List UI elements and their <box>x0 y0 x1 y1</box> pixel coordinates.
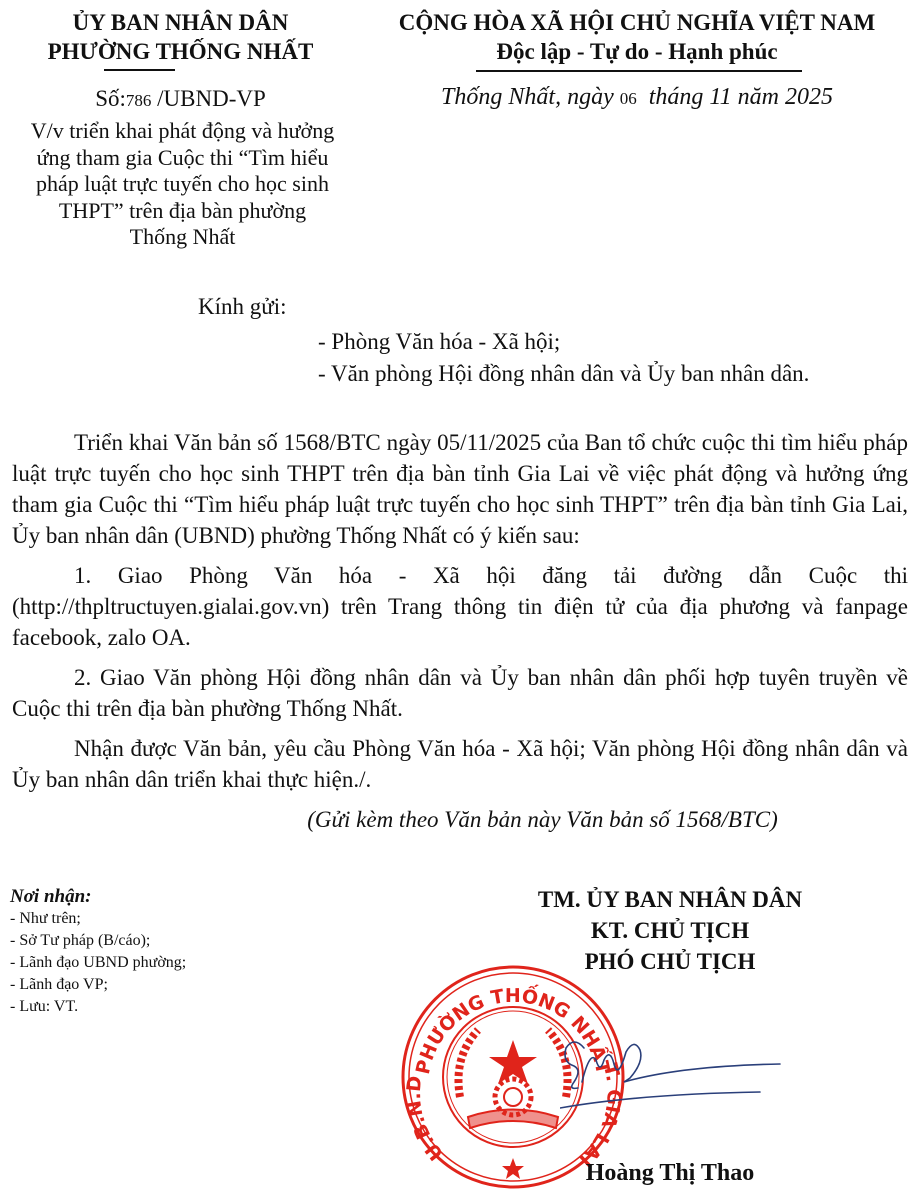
signature-title-2: KT. CHỦ TỊCH <box>490 915 850 946</box>
date-day: 06 <box>620 89 637 108</box>
document-number: Số:786 /UBND-VP <box>18 86 343 112</box>
handwritten-signature-icon <box>560 1030 800 1120</box>
subject-line: THPT” trên địa bàn phường <box>10 198 355 225</box>
addressee-item: - Văn phòng Hội đồng nhân dân và Ủy ban … <box>318 358 809 390</box>
motto-underline <box>476 70 802 72</box>
recipient-item: - Như trên; <box>10 908 186 930</box>
subject-line: Thống Nhất <box>10 224 355 251</box>
national-header: CỘNG HÒA XÃ HỘI CHỦ NGHĨA VIỆT NAM Độc l… <box>372 8 902 66</box>
issuer-line-2: PHƯỜNG THỐNG NHẤT <box>18 37 343 66</box>
recipient-item: - Lưu: VT. <box>10 996 186 1018</box>
national-title: CỘNG HÒA XÃ HỘI CHỦ NGHĨA VIỆT NAM <box>372 8 902 37</box>
document-number-label: Số: <box>95 86 126 111</box>
attachment-note: (Gửi kèm theo Văn bản này Văn bản số 156… <box>12 804 908 835</box>
signature-title-1: TM. ỦY BAN NHÂN DÂN <box>490 884 850 915</box>
national-motto: Độc lập - Tự do - Hạnh phúc <box>372 37 902 66</box>
subject-line: ứng tham gia Cuộc thi “Tìm hiểu <box>10 145 355 172</box>
subject-line: pháp luật trực tuyến cho học sinh <box>10 171 355 198</box>
body-paragraph-closing: Nhận được Văn bản, yêu cầu Phòng Văn hóa… <box>12 733 908 795</box>
document-date: Thống Nhất, ngày 06 tháng 11 năm 2025 <box>372 84 902 111</box>
recipient-item: - Sở Tư pháp (B/cáo); <box>10 930 186 952</box>
document-number-suffix: /UBND-VP <box>151 86 265 111</box>
body-paragraph-item-1: 1. Giao Phòng Văn hóa - Xã hội đăng tải … <box>12 560 908 653</box>
seal-text-left: U.B.N.D <box>403 1075 448 1165</box>
body-paragraph-item-2: 2. Giao Văn phòng Hội đồng nhân dân và Ủ… <box>12 662 908 724</box>
recipient-item: - Lãnh đạo UBND phường; <box>10 952 186 974</box>
recipients-title: Nơi nhận: <box>10 886 186 908</box>
date-prefix: Thống Nhất, ngày <box>441 84 620 110</box>
document-subject: V/v triển khai phát động và hưởng ứng th… <box>10 118 355 251</box>
subject-line: V/v triển khai phát động và hưởng <box>10 118 355 145</box>
addressee-item: - Phòng Văn hóa - Xã hội; <box>318 326 809 358</box>
addressee-list: - Phòng Văn hóa - Xã hội; - Văn phòng Hộ… <box>318 326 809 390</box>
svg-text:U.B.N.D: U.B.N.D <box>403 1075 448 1165</box>
document-body: Triển khai Văn bản số 1568/BTC ngày 05/1… <box>12 427 908 844</box>
issuer-line-1: ỦY BAN NHÂN DÂN <box>18 8 343 37</box>
addressee-label: Kính gửi: <box>198 294 287 320</box>
body-paragraph: Triển khai Văn bản số 1568/BTC ngày 05/1… <box>12 427 908 551</box>
recipient-item: - Lãnh đạo VP; <box>10 974 186 996</box>
issuer-header: ỦY BAN NHÂN DÂN PHƯỜNG THỐNG NHẤT <box>18 8 343 66</box>
date-suffix: tháng 11 năm 2025 <box>637 84 833 110</box>
signer-name: Hoàng Thị Thao <box>490 1160 850 1187</box>
issuer-underline <box>104 69 175 71</box>
document-number-value: 786 <box>126 91 152 110</box>
recipients-block: Nơi nhận: - Như trên; - Sở Tư pháp (B/cá… <box>10 886 186 1018</box>
